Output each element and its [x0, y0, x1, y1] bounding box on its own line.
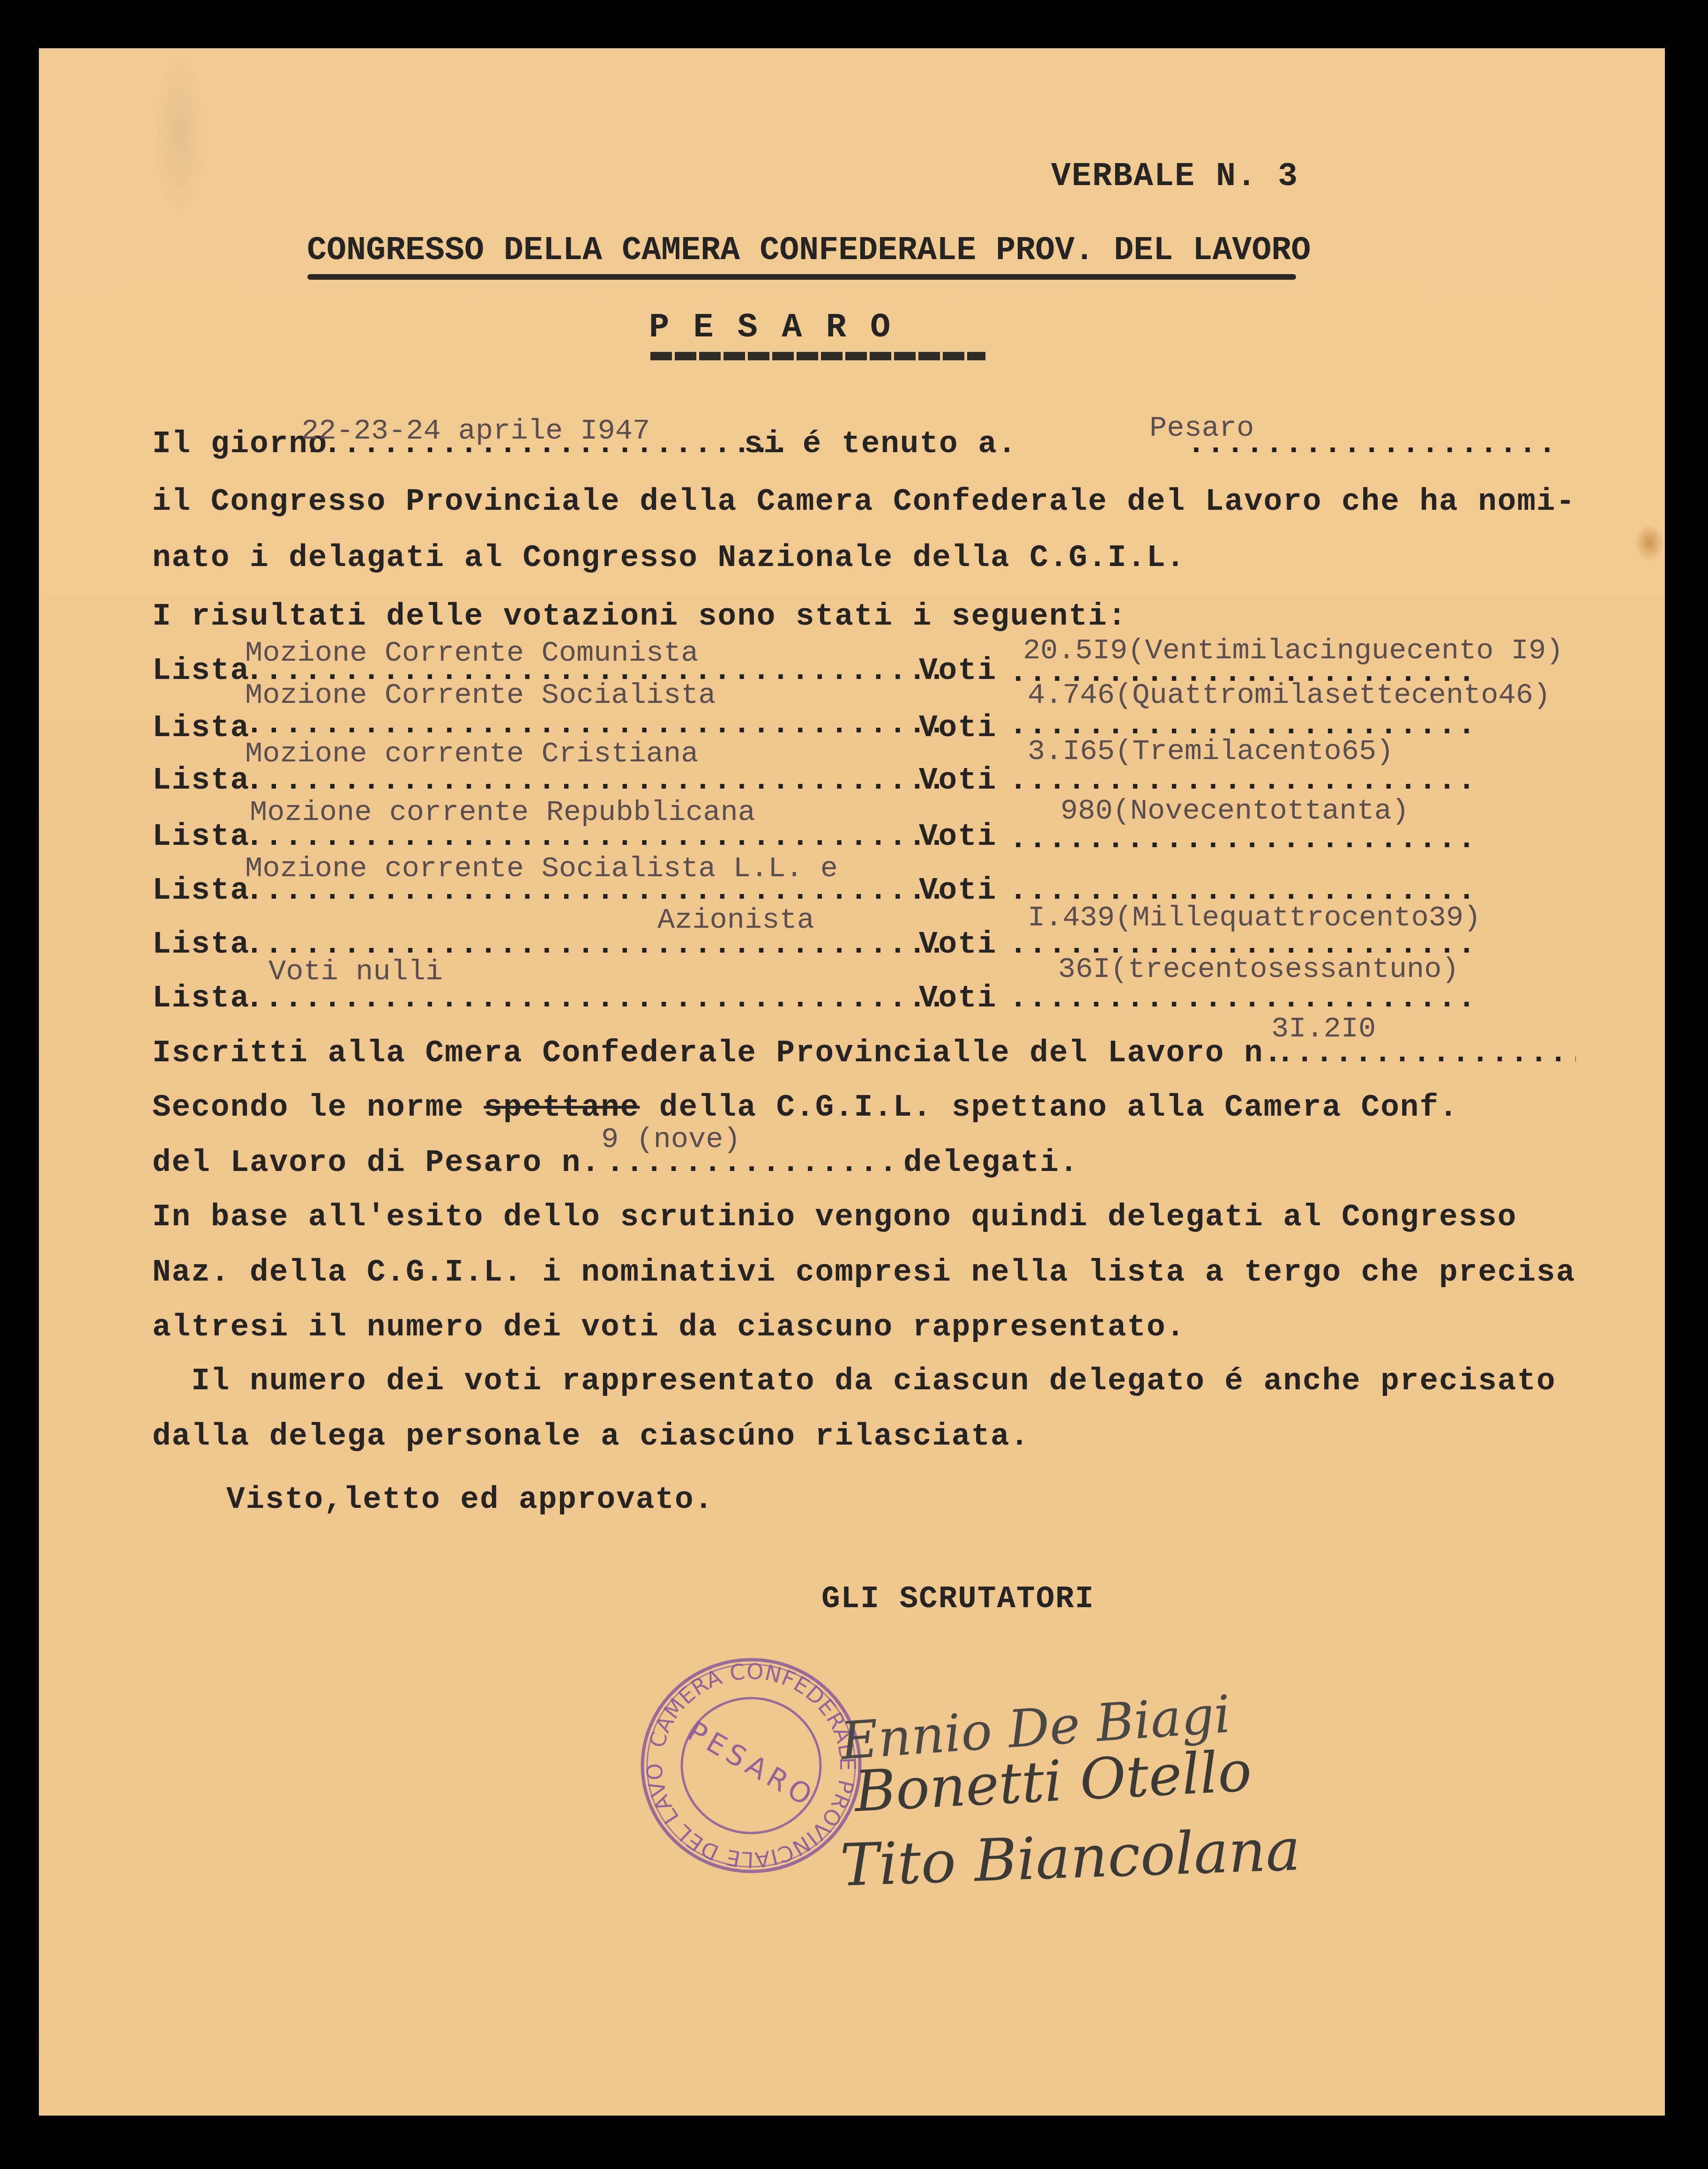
list-label: Lista	[152, 765, 250, 796]
outcome-line-2: Naz. della C.G.I.L. i nominativi compres…	[152, 1257, 1575, 1288]
stamp-center-text: PESARO	[682, 1715, 821, 1814]
outcome-line-3: altresi il numero dei voti da ciascuno r…	[152, 1312, 1186, 1343]
members-dotted-leader: .....................	[1276, 1038, 1576, 1069]
city-double-underline	[650, 352, 985, 360]
intro-held-at: si é tenuto a.	[744, 429, 1017, 460]
dotted-leader: ........................................…	[245, 765, 948, 796]
struck-word: spettane	[484, 1090, 640, 1125]
norms-line-1-start: Secondo le norme	[152, 1090, 484, 1125]
list-label: Lista	[152, 656, 250, 686]
list-label: Lista	[152, 821, 250, 852]
dotted-leader: ..............................	[1009, 983, 1473, 1014]
votes-label: Voti	[919, 821, 997, 852]
dotted-leader: ........................................…	[245, 875, 948, 906]
members-label: Iscritti alla Cmera Confederale Provinci…	[152, 1038, 1283, 1069]
list-name: Mozione corrente Cristiana	[245, 739, 698, 768]
norms-line-2-start: del Lavoro di Pesaro n.	[152, 1148, 601, 1178]
official-stamp: CAMERA CONFEDERALE PROVINCIALE DEL LAVOR…	[639, 1655, 864, 1876]
outcome-line-1: In base all'esito dello scrutinio vengon…	[152, 1202, 1517, 1233]
document-page: VERBALE N. 3 CONGRESSO DELLA CAMERA CONF…	[39, 48, 1665, 2116]
dotted-leader: ........................................…	[245, 821, 948, 852]
dotted-leader: ..............................	[1009, 824, 1482, 855]
outcome-line-5: dalla delega personale a ciascúno rilasc…	[152, 1421, 1029, 1452]
norms-line-1: Secondo le norme spettane della C.G.I.L.…	[152, 1092, 1459, 1123]
title-underline	[307, 274, 1296, 280]
norms-line-2-end: delegati.	[903, 1148, 1079, 1178]
votes-label: Voti	[919, 875, 997, 906]
votes-value: 980(Novecentottanta)	[1060, 797, 1409, 826]
dotted-leader: ........................................…	[245, 983, 948, 1014]
list-label: Lista	[152, 713, 250, 744]
verbale-number: VERBALE N. 3	[1051, 161, 1298, 194]
intro-line-4: I risultati delle votazioni sono stati i…	[152, 601, 1127, 632]
votes-label: Voti	[919, 929, 997, 960]
dotted-leader: ........................................…	[245, 709, 948, 740]
votes-label: Voti	[919, 983, 997, 1014]
svg-text:PESARO: PESARO	[682, 1715, 821, 1814]
list-name: Voti nulli	[269, 957, 443, 986]
date-dotted-leader: .....................................	[304, 429, 796, 460]
norms-line-1-end: della C.G.I.L. spettano alla Camera Conf…	[640, 1090, 1458, 1125]
dotted-leader: ..............................	[1009, 765, 1473, 796]
intro-line-2: il Congresso Provinciale della Camera Co…	[152, 486, 1575, 517]
votes-label: Voti	[919, 765, 997, 796]
list-label: Lista	[152, 983, 250, 1014]
votes-value: 36I(trecentosessantuno)	[1058, 955, 1459, 984]
document-title: CONGRESSO DELLA CAMERA CONFEDERALE PROV.…	[307, 235, 1311, 268]
votes-value: 3.I65(Tremilacento65)	[1028, 737, 1394, 766]
delegates-dotted-leader: ....................	[606, 1148, 906, 1178]
list-name: Mozione Corrente Socialista	[245, 681, 716, 710]
list-label: Lista	[152, 929, 250, 960]
votes-label: Voti	[919, 656, 997, 686]
votes-value: I.439(Millequattrocento39)	[1028, 903, 1481, 932]
city-heading: P E S A R O	[649, 311, 892, 344]
approval-line: Visto,letto ed approvato.	[226, 1484, 714, 1515]
scrutineers-heading: GLI SCRUTATORI	[821, 1584, 1095, 1615]
signature-3: Tito Biancolana	[839, 1816, 1302, 1900]
list-label: Lista	[152, 875, 250, 906]
place-dotted-leader: ............................	[1187, 429, 1562, 460]
votes-value: 4.746(Quattromilasettecento46)	[1028, 681, 1551, 710]
votes-label: Voti	[919, 713, 997, 744]
outcome-line-4: Il numero dei voti rappresentato da cias…	[152, 1366, 1556, 1397]
intro-line-3: nato i delagati al Congresso Nazionale d…	[152, 543, 1186, 574]
